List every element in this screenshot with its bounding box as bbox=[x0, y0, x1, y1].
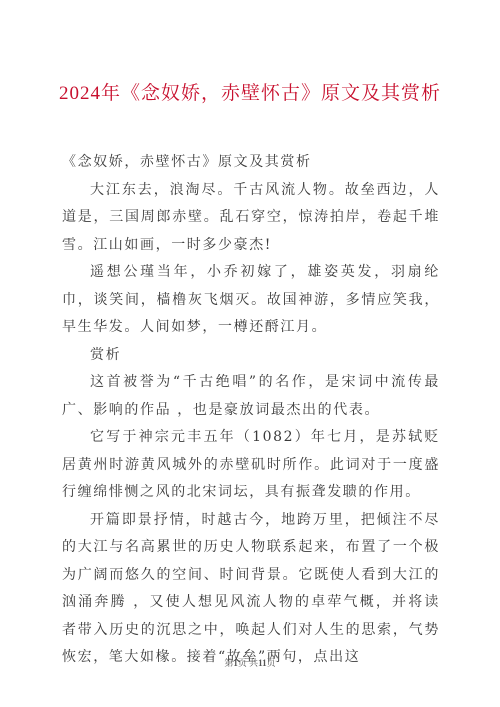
document-title: 2024年《念奴娇，赤壁怀古》原文及其赏析 bbox=[0, 78, 500, 105]
section-heading-analysis: 赏析 bbox=[62, 342, 440, 370]
footer-prefix: 第 bbox=[224, 658, 233, 668]
footer-mid: 页 共 bbox=[238, 658, 258, 668]
document-body: 《念奴娇，赤壁怀古》原文及其赏析 大江东去，浪淘尽。千古风流人物。故垒西边，人道… bbox=[62, 149, 440, 672]
document-subtitle: 《念奴娇，赤壁怀古》原文及其赏析 bbox=[62, 149, 440, 177]
page-footer: 第1页 共11页 bbox=[0, 656, 500, 669]
poem-paragraph-2: 遥想公瑾当年，小乔初嫁了，雄姿英发，羽扇纶巾，谈笑间，樯橹灰飞烟灭。故国神游，多… bbox=[62, 259, 440, 342]
analysis-paragraph-1: 这首被誉为“千古绝唱”的名作，是宋词中流传最广、影响的作品 ，也是豪放词最杰出的… bbox=[62, 369, 440, 424]
poem-paragraph-1: 大江东去，浪淘尽。千古风流人物。故垒西边，人道是，三国周郎赤壁。乱石穿空，惊涛拍… bbox=[62, 177, 440, 260]
total-page-count: 11 bbox=[258, 658, 267, 668]
footer-suffix: 页 bbox=[267, 658, 276, 668]
analysis-paragraph-2: 它写于神宗元丰五年（1082）年七月，是苏轼贬居黄州时游黄风城外的赤壁矶时所作。… bbox=[62, 424, 440, 507]
analysis-paragraph-3: 开篇即景抒情，时越古今，地跨万里，把倾注不尽的大江与名高累世的历史人物联系起来，… bbox=[62, 507, 440, 672]
